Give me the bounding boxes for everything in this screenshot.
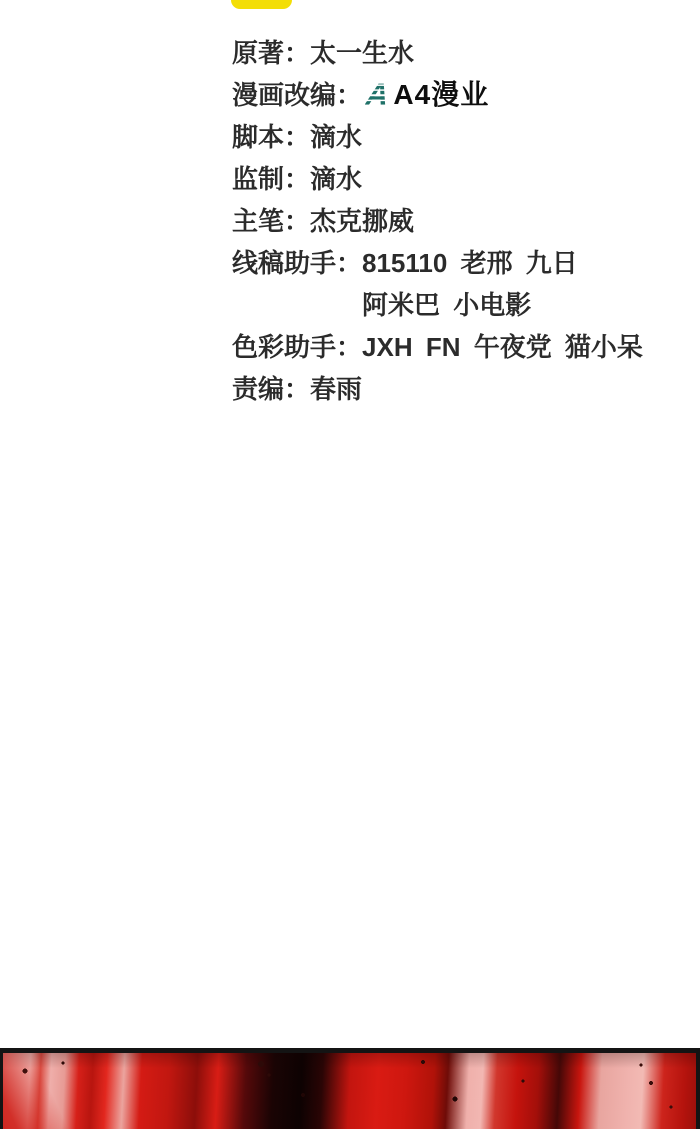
credit-label: 原著： — [232, 39, 310, 67]
credit-value: 杰克挪威 — [310, 207, 414, 235]
a4-striped-a-icon: A — [365, 81, 390, 109]
credit-label: 线稿助手： — [232, 249, 362, 277]
credit-value-stack: 815110 老邢 九日 阿米巴 小电影 — [362, 249, 578, 319]
credit-row-lead-artist: 主笔： 杰克挪威 — [232, 207, 643, 235]
a4-studio-logo-text: A4漫业 — [393, 81, 489, 109]
credit-row-editor: 责编： 春雨 — [232, 375, 643, 403]
credit-label: 色彩助手： — [232, 333, 362, 361]
credit-value: 春雨 — [310, 375, 362, 403]
credit-value: 滴水 — [310, 123, 362, 151]
credit-row-original-author: 原著： 太一生水 — [232, 39, 643, 67]
credit-label: 监制： — [232, 165, 310, 193]
credit-label: 漫画改编： — [232, 81, 362, 109]
comic-panel — [0, 1048, 700, 1129]
credit-row-color-assistants: 色彩助手： JXH FN 午夜党 猫小呆 — [232, 333, 643, 361]
credit-value-line2: 阿米巴 小电影 — [362, 291, 578, 319]
credits-block: 原著： 太一生水 漫画改编： A A4漫业 脚本： 滴水 监制： 滴水 主笔： … — [232, 39, 643, 417]
credit-row-supervisor: 监制： 滴水 — [232, 165, 643, 193]
credit-label: 主笔： — [232, 207, 310, 235]
yellow-tab-shape — [231, 0, 292, 9]
credits-page: 原著： 太一生水 漫画改编： A A4漫业 脚本： 滴水 监制： 滴水 主笔： … — [0, 0, 700, 1129]
credit-label: 脚本： — [232, 123, 310, 151]
credit-value: JXH FN 午夜党 猫小呆 — [362, 333, 643, 361]
credit-value: 太一生水 — [310, 39, 414, 67]
credit-row-script: 脚本： 滴水 — [232, 123, 643, 151]
credit-row-lineart-assistants: 线稿助手： 815110 老邢 九日 阿米巴 小电影 — [232, 249, 643, 319]
credit-row-comic-adaptation: 漫画改编： A A4漫业 — [232, 81, 643, 109]
credit-value-line1: 815110 老邢 九日 — [362, 249, 578, 277]
comic-panel-artwork — [3, 1053, 696, 1129]
credit-label: 责编： — [232, 375, 310, 403]
credit-value: 滴水 — [310, 165, 362, 193]
